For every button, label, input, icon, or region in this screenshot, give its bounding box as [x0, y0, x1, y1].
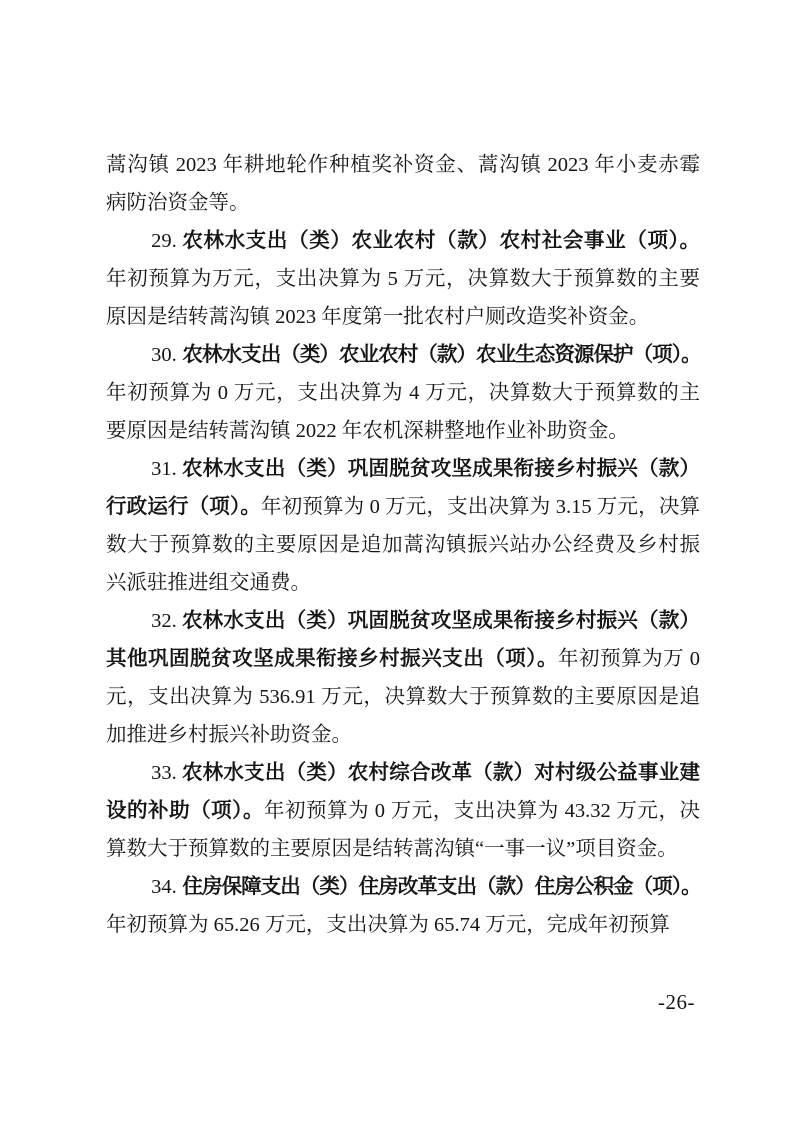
item-number: 29. [151, 230, 182, 252]
budget-item-33: 33.农林水支出（类）农村综合改革（款）对村级公益事业建设的补助（项）。年初预算… [106, 754, 700, 868]
item-heading: 住房保障支出（类）住房改革支出（款）住房公积金（项）。 [182, 876, 700, 898]
item-number: 32. [151, 610, 182, 632]
budget-item-31: 31.农林水支出（类）巩固脱贫攻坚成果衔接乡村振兴（款）行政运行（项）。年初预算… [106, 450, 700, 602]
item-heading: 农林水支出（类）农业农村（款）农业生态资源保护（项）。 [182, 344, 700, 366]
item-body: 年初预算为万元，支出决算为 5 万元，决算数大于预算数的主要原因是结转蒿沟镇 2… [106, 268, 700, 328]
budget-item-29: 29.农林水支出（类）农业农村（款）农村社会事业（项）。年初预算为万元，支出决算… [106, 222, 700, 336]
budget-item-32: 32.农林水支出（类）巩固脱贫攻坚成果衔接乡村振兴（款）其他巩固脱贫攻坚成果衔接… [106, 602, 700, 754]
paragraph-text: 蒿沟镇 2023 年耕地轮作种植奖补资金、蒿沟镇 2023 年小麦赤霉病防治资金… [106, 154, 700, 214]
document-body: 蒿沟镇 2023 年耕地轮作种植奖补资金、蒿沟镇 2023 年小麦赤霉病防治资金… [106, 146, 700, 944]
item-body: 年初预算为 65.26 万元，支出决算为 65.74 万元，完成年初预算 [106, 914, 670, 936]
item-number: 31. [151, 458, 182, 480]
budget-item-30: 30.农林水支出（类）农业农村（款）农业生态资源保护（项）。年初预算为 0 万元… [106, 336, 700, 450]
item-heading: 农林水支出（类）农业农村（款）农村社会事业（项）。 [182, 230, 700, 252]
page-number: -26- [658, 988, 695, 1016]
item-number: 34. [151, 876, 182, 898]
item-body: 年初预算为 0 万元，支出决算为 4 万元，决算数大于预算数的主要原因是结转蒿沟… [106, 382, 700, 442]
item-number: 30. [151, 344, 182, 366]
document-page: 蒿沟镇 2023 年耕地轮作种植奖补资金、蒿沟镇 2023 年小麦赤霉病防治资金… [0, 0, 793, 1122]
paragraph-continuation: 蒿沟镇 2023 年耕地轮作种植奖补资金、蒿沟镇 2023 年小麦赤霉病防治资金… [106, 146, 700, 222]
budget-item-34: 34.住房保障支出（类）住房改革支出（款）住房公积金（项）。年初预算为 65.2… [106, 868, 700, 944]
item-number: 33. [151, 762, 182, 784]
